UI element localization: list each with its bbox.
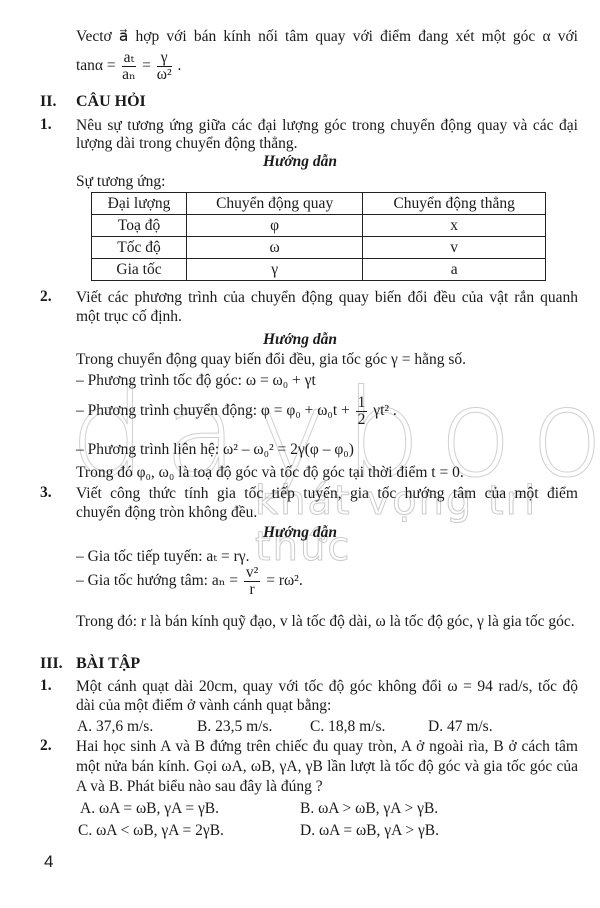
equation-centripetal: – Gia tốc hướng tâm: aₙ = v²r = rω².: [76, 565, 578, 598]
table-cell: Gia tốc: [92, 259, 187, 281]
table-row: Toạ độ φ x: [92, 215, 546, 237]
fraction-gamma-omega: γω²: [157, 50, 172, 83]
option-b: B. 23,5 m/s.: [197, 718, 272, 736]
question-text: Viết các phương trình của chuyển động qu…: [76, 288, 578, 307]
equation-tangential: – Gia tốc tiếp tuyến: aₜ = rγ.: [76, 547, 578, 566]
option-d: D. 47 m/s.: [428, 718, 493, 736]
option-d: D. ωA = ωB, γA > γB.: [300, 822, 439, 840]
table-header: Chuyển động thẳng: [363, 193, 546, 215]
fraction-v2-r: v²r: [244, 565, 260, 598]
option-b: B. ωA > ωB, γA > γB.: [300, 800, 438, 818]
table-cell: Toạ độ: [92, 215, 187, 237]
question-number: 3.: [40, 484, 52, 502]
tan-formula: tanα = aₜaₙ = γω² .: [76, 50, 578, 83]
table-cell: φ: [187, 215, 363, 237]
exercise-text: A và B. Phát biểu nào sau đây là đúng ?: [76, 777, 578, 796]
question-text: Viết công thức tính gia tốc tiếp tuyến, …: [76, 484, 578, 503]
table-row: Tốc độ ω v: [92, 237, 546, 259]
table-cell: γ: [187, 259, 363, 281]
guide-heading: Hướng dẫn: [0, 524, 600, 542]
table-header-row: Đại lượng Chuyển động quay Chuyển động t…: [92, 193, 546, 215]
table-header: Chuyển động quay: [187, 193, 363, 215]
section-heading-questions: II.CÂU HỎI: [40, 93, 146, 111]
table-header: Đại lượng: [92, 193, 187, 215]
question-text: một trục cố định.: [76, 307, 578, 326]
answer-text: Trong chuyển động quay biến đổi đều, gia…: [76, 350, 578, 369]
question-text: Nêu sự tương ứng giữa các đại lượng góc …: [76, 116, 578, 135]
exercise-text: Hai học sinh A và B đứng trên chiếc đu q…: [76, 737, 578, 756]
table-cell: v: [363, 237, 546, 259]
correspondence-table: Đại lượng Chuyển động quay Chuyển động t…: [91, 192, 546, 281]
tan-prefix: tanα =: [76, 57, 116, 74]
question-text: chuyển động tròn không đều.: [76, 503, 578, 522]
table-row: Gia tốc γ a: [92, 259, 546, 281]
exercise-number: 1.: [40, 677, 52, 695]
exercise-text: một nửa bán kính. Gọi ωA, ωB, γA, γB lần…: [76, 757, 578, 776]
intro-line: Vectơ a⃗ hợp với bán kính nối tâm quay v…: [76, 27, 578, 46]
option-a: A. ωA = ωB, γA = γB.: [80, 800, 219, 818]
question-number: 1.: [40, 116, 52, 134]
exercise-text: dài của một điểm ở vành cánh quạt bằng:: [76, 696, 578, 715]
exercise-number: 2.: [40, 737, 52, 755]
fraction-one-half: 12: [356, 395, 368, 428]
guide-heading: Hướng dẫn: [0, 153, 600, 171]
equation-angular-velocity: – Phương trình tốc độ góc: ω = ω₀ + γt: [76, 371, 578, 390]
answer-note: Trong đó: r là bán kính quỹ đạo, v là tố…: [76, 612, 578, 631]
option-a: A. 37,6 m/s.: [77, 718, 153, 736]
equation-relation: – Phương trình liên hệ: ω² – ω₀² = 2γ(φ …: [76, 440, 578, 459]
table-cell: Tốc độ: [92, 237, 187, 259]
page-number: 4: [44, 852, 53, 872]
table-cell: ω: [187, 237, 363, 259]
exercise-text: Một cánh quạt dài 20cm, quay với tốc độ …: [76, 677, 578, 696]
section-heading-exercises: III.BÀI TẬP: [40, 655, 140, 673]
guide-heading: Hướng dẫn: [0, 331, 600, 349]
table-cell: x: [363, 215, 546, 237]
option-c: C. ωA < ωB, γA = 2γB.: [78, 822, 224, 840]
correspondence-lead: Sự tương ứng:: [76, 172, 578, 191]
table-cell: a: [363, 259, 546, 281]
option-c: C. 18,8 m/s.: [310, 718, 385, 736]
answer-note: Trong đó φ₀, ω₀ là toạ độ góc và tốc độ …: [76, 463, 578, 482]
question-text: lượng dài trong chuyển động thẳng.: [76, 134, 578, 153]
equation-motion: – Phương trình chuyển động: φ = φ₀ + ω₀t…: [76, 395, 578, 428]
fraction-at-an: aₜaₙ: [122, 50, 137, 83]
question-number: 2.: [40, 288, 52, 306]
